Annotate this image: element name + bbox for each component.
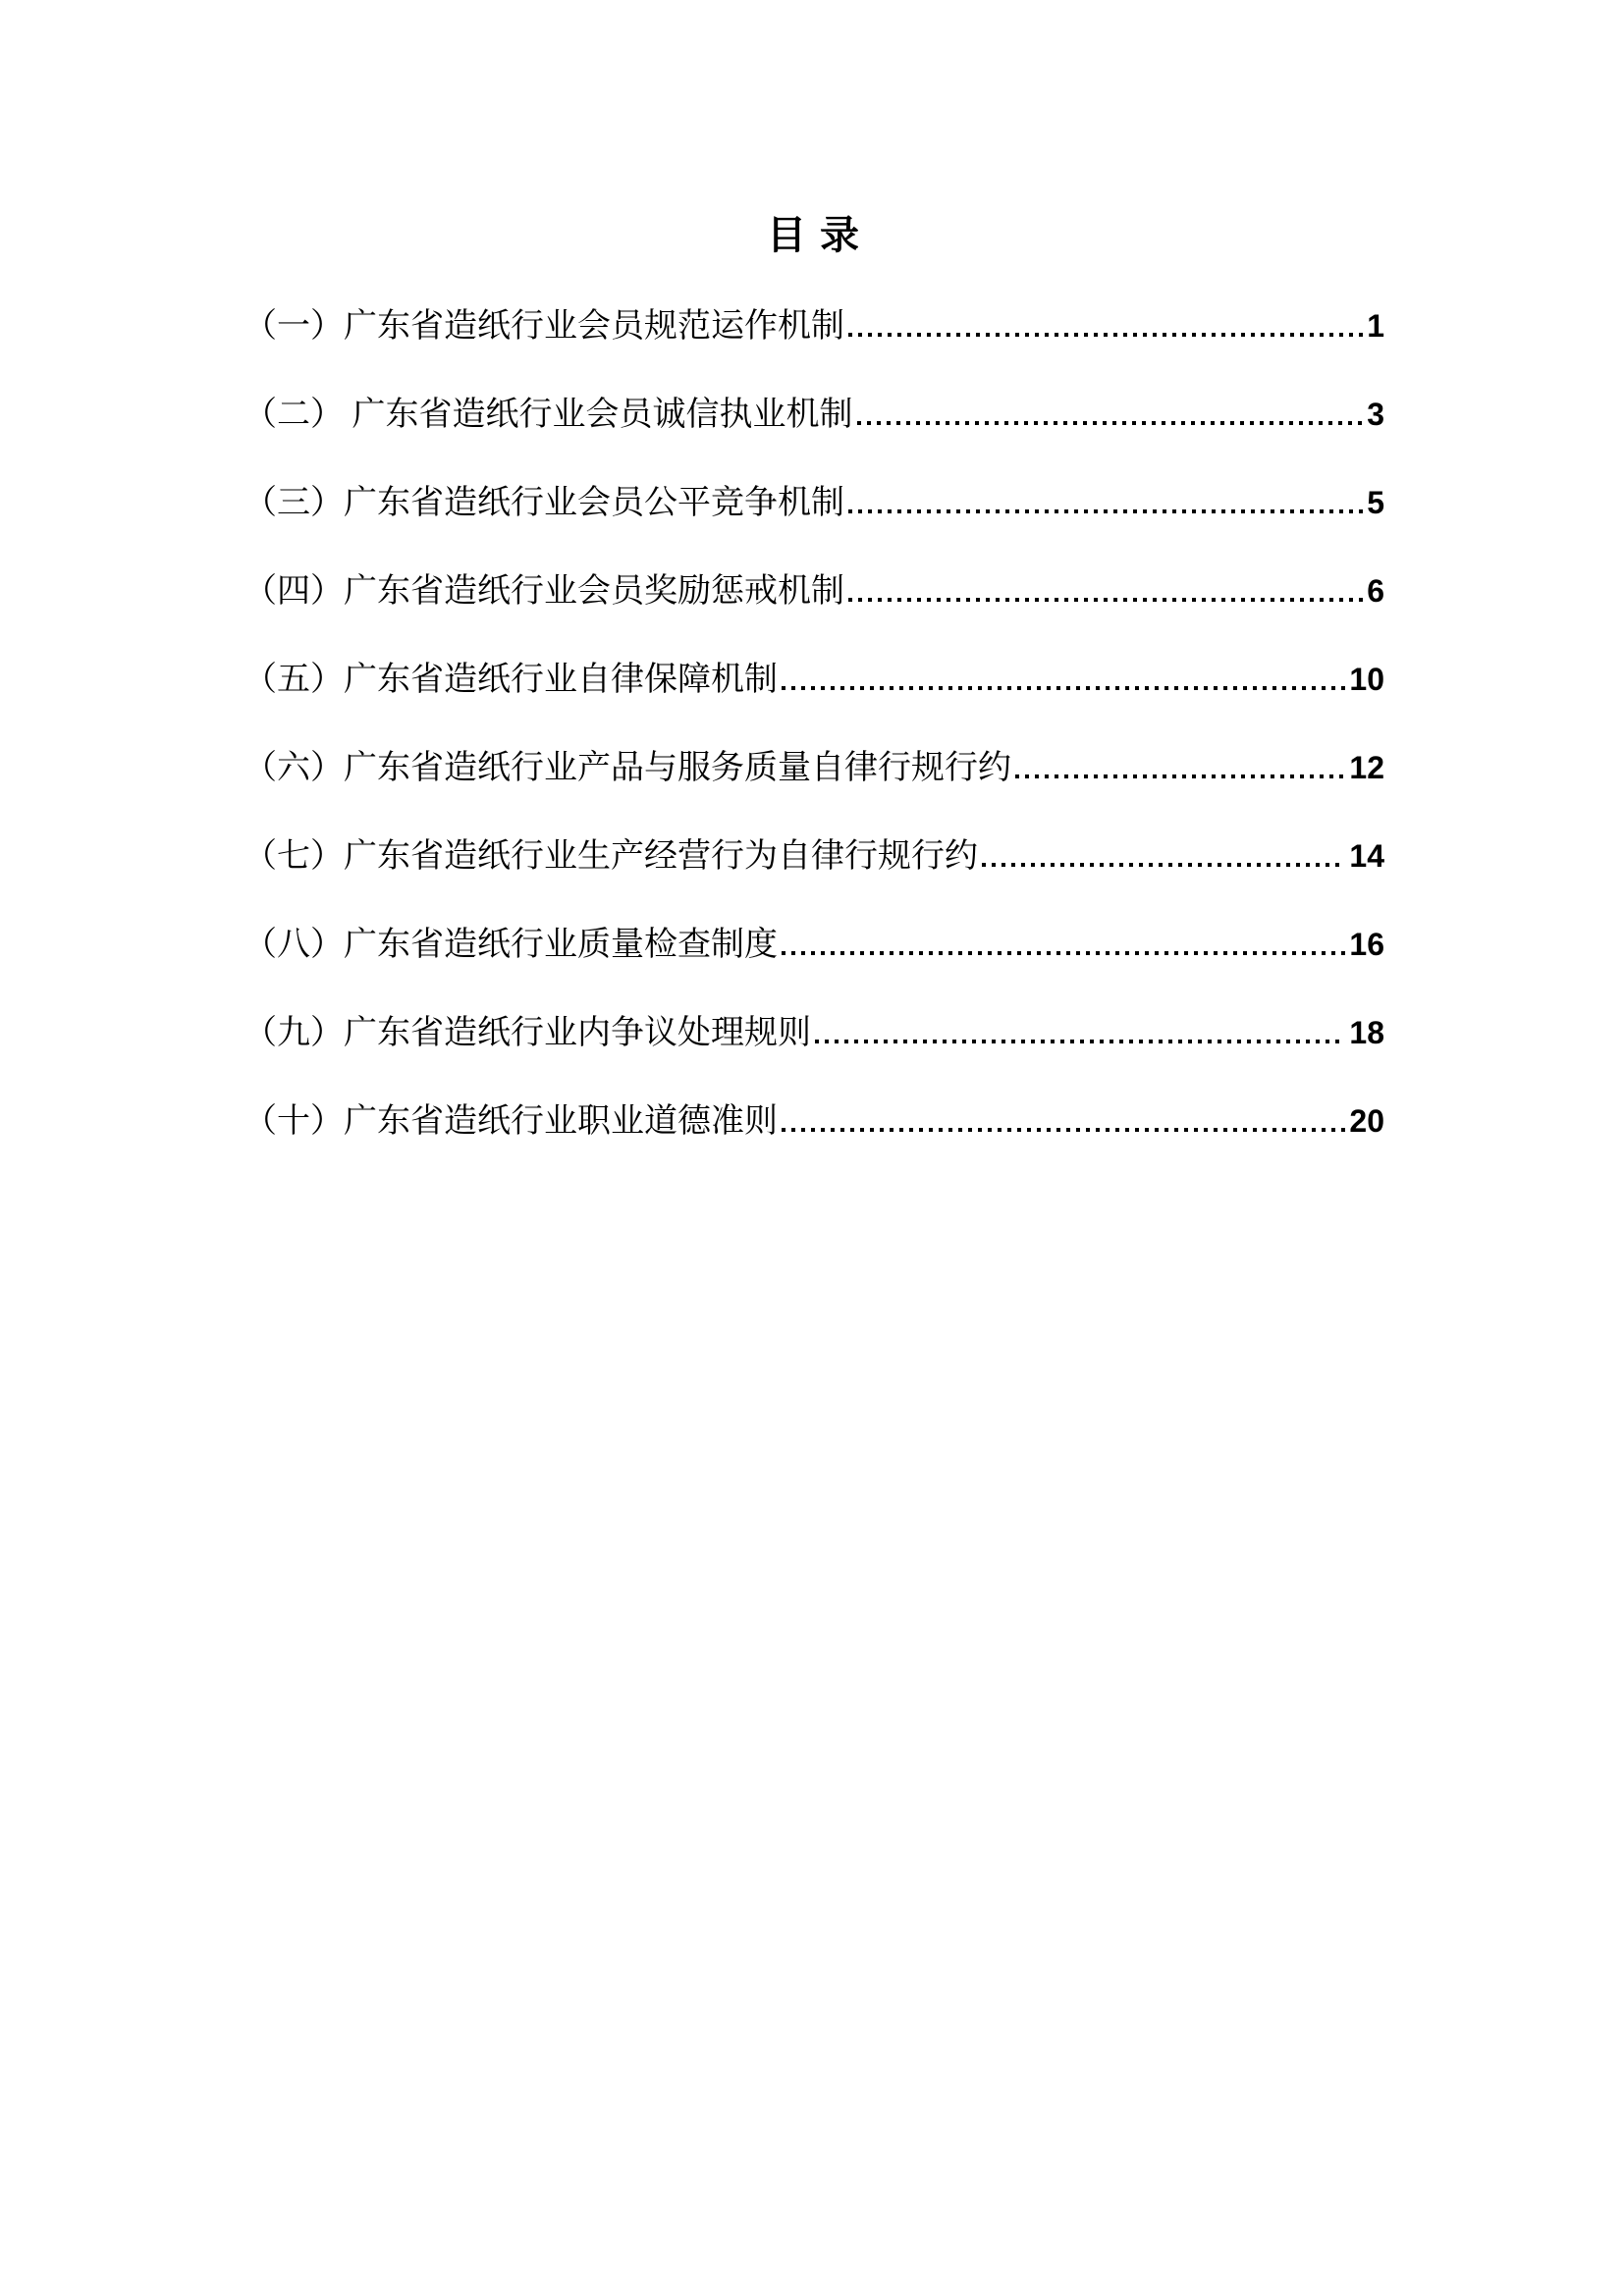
toc-entry[interactable]: （五）广东省造纸行业自律保障机制 10 bbox=[244, 636, 1384, 724]
toc-list: （一）广东省造纸行业会员规范运作机制 1 （二） 广东省造纸行业会员诚信执业机制… bbox=[244, 283, 1384, 1166]
toc-entry-page-number: 12 bbox=[1349, 750, 1384, 786]
toc-entry[interactable]: （二） 广东省造纸行业会员诚信执业机制 3 bbox=[244, 371, 1384, 459]
toc-dot-leader bbox=[848, 509, 1363, 513]
toc-dot-leader bbox=[1015, 774, 1345, 778]
toc-dot-leader bbox=[782, 1128, 1345, 1132]
toc-entry-label: （七）广东省造纸行业生产经营行为自律行规行约 bbox=[244, 813, 978, 901]
toc-entry-label: （六）广东省造纸行业产品与服务质量自律行规行约 bbox=[244, 724, 1011, 813]
toc-entry[interactable]: （一）广东省造纸行业会员规范运作机制 1 bbox=[244, 283, 1384, 371]
page-title: 目 录 bbox=[244, 214, 1384, 257]
toc-dot-leader bbox=[848, 598, 1363, 602]
toc-entry-page-number: 1 bbox=[1367, 308, 1384, 345]
toc-entry-label: （四）广东省造纸行业会员奖励惩戒机制 bbox=[244, 548, 844, 636]
toc-entry-page-number: 18 bbox=[1349, 1015, 1384, 1051]
toc-entry[interactable]: （九）广东省造纸行业内争议处理规则 18 bbox=[244, 989, 1384, 1078]
toc-entry[interactable]: （六）广东省造纸行业产品与服务质量自律行规行约 12 bbox=[244, 724, 1384, 813]
toc-entry[interactable]: （三）广东省造纸行业会员公平竞争机制 5 bbox=[244, 459, 1384, 548]
toc-entry[interactable]: （八）广东省造纸行业质量检查制度 16 bbox=[244, 901, 1384, 989]
toc-entry-page-number: 6 bbox=[1367, 573, 1384, 610]
toc-entry-page-number: 20 bbox=[1349, 1103, 1384, 1140]
toc-dot-leader bbox=[857, 421, 1364, 425]
toc-entry-page-number: 3 bbox=[1367, 397, 1384, 433]
toc-entry-label: （十）广东省造纸行业职业道德准则 bbox=[244, 1078, 778, 1166]
toc-entry-label: （八）广东省造纸行业质量检查制度 bbox=[244, 901, 778, 989]
toc-dot-leader bbox=[782, 686, 1345, 690]
toc-dot-leader bbox=[848, 333, 1363, 337]
document-page: 目 录 （一）广东省造纸行业会员规范运作机制 1 （二） 广东省造纸行业会员诚信… bbox=[0, 0, 1624, 2296]
toc-entry-label: （五）广东省造纸行业自律保障机制 bbox=[244, 636, 778, 724]
toc-entry-page-number: 14 bbox=[1349, 838, 1384, 875]
toc-entry-label: （三）广东省造纸行业会员公平竞争机制 bbox=[244, 459, 844, 548]
toc-entry[interactable]: （四）广东省造纸行业会员奖励惩戒机制 6 bbox=[244, 548, 1384, 636]
toc-dot-leader bbox=[815, 1040, 1345, 1043]
toc-entry-page-number: 5 bbox=[1367, 485, 1384, 521]
toc-entry-page-number: 16 bbox=[1349, 927, 1384, 963]
toc-entry[interactable]: （七）广东省造纸行业生产经营行为自律行规行约 14 bbox=[244, 813, 1384, 901]
toc-entry-label: （九）广东省造纸行业内争议处理规则 bbox=[244, 989, 811, 1078]
toc-entry[interactable]: （十）广东省造纸行业职业道德准则 20 bbox=[244, 1078, 1384, 1166]
toc-entry-label: （二） 广东省造纸行业会员诚信执业机制 bbox=[244, 371, 853, 459]
toc-dot-leader bbox=[982, 863, 1345, 867]
toc-entry-label: （一）广东省造纸行业会员规范运作机制 bbox=[244, 283, 844, 371]
toc-dot-leader bbox=[782, 951, 1345, 955]
toc-entry-page-number: 10 bbox=[1349, 662, 1384, 698]
